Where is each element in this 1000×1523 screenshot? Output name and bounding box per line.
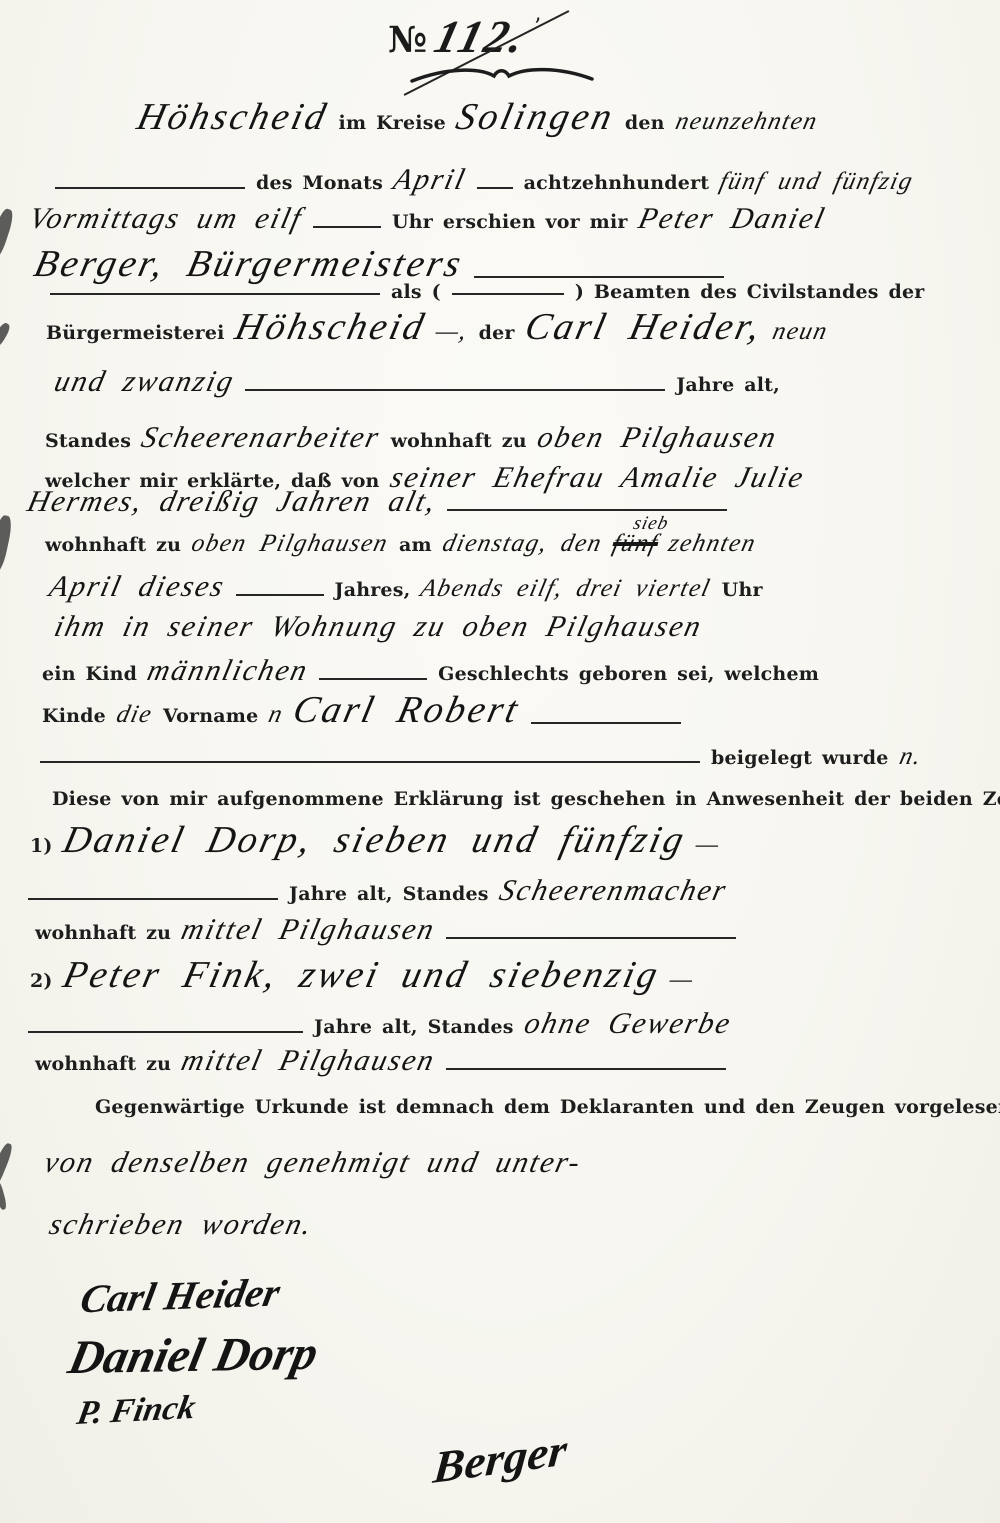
printed-form-text: ) Beamten des Civilstandes der xyxy=(575,281,925,303)
numero-symbol: № xyxy=(388,19,428,61)
printed-form-text: Jahre alt, xyxy=(676,374,780,396)
fill-in-line xyxy=(477,187,513,189)
ink-smudge xyxy=(0,1179,8,1210)
printed-form-text: Uhr xyxy=(722,579,763,601)
document-line: KindedieVornamenCarl Robert xyxy=(42,688,681,732)
handwritten-entry: mittel Pilghausen xyxy=(178,1044,439,1078)
handwritten-entry: Carl Robert xyxy=(289,688,525,732)
signature-p-finck: P. Finck xyxy=(74,1389,199,1433)
signature-carl-heider: Carl Heider xyxy=(77,1269,284,1323)
handwritten-entry: Peter Daniel xyxy=(635,202,829,236)
document-line: von denselben genehmigt und unter- xyxy=(45,1146,581,1180)
fill-in-line xyxy=(245,389,665,391)
document-line: wohnhaft zumittel Pilghausen xyxy=(35,1044,726,1078)
printed-form-text: Jahre alt, Standes xyxy=(289,883,489,905)
printed-form-text: wohnhaft zu xyxy=(35,1053,171,1075)
handwritten-entry: schrieben worden. xyxy=(46,1208,316,1242)
handwritten-entry: von denselben genehmigt und unter- xyxy=(41,1146,585,1180)
printed-form-text: Vorname xyxy=(163,705,258,727)
signature-berger: Berger xyxy=(431,1423,569,1494)
handwritten-entry: — xyxy=(693,831,723,859)
printed-form-text: achtzehnhundert xyxy=(524,172,710,194)
printed-form-text: beigelegt wurde xyxy=(711,747,889,769)
flourish-underline xyxy=(408,64,598,86)
printed-form-text: wohnhaft zu xyxy=(35,922,171,944)
handwritten-entry: Solingen xyxy=(452,95,619,139)
fill-in-line xyxy=(40,761,700,763)
printed-form-text: wohnhaft zu xyxy=(391,430,527,452)
handwritten-entry: Scheerenarbeiter xyxy=(138,421,383,455)
printed-form-text: Diese von mir aufgenommene Erklärung ist… xyxy=(52,788,1000,810)
fill-in-line xyxy=(531,722,681,724)
document-line: Vormittags um eilfUhr erschien vor mirPe… xyxy=(30,202,825,236)
printed-form-text: Kinde xyxy=(42,705,106,727)
handwritten-entry: männlichen xyxy=(144,654,312,688)
handwritten-entry: Carl Heider, xyxy=(520,305,766,349)
printed-form-text: im Kreise xyxy=(339,112,446,134)
document-line: 1)Daniel Dorp, sieben und fünfzig— xyxy=(30,818,720,862)
printed-form-text: 1) xyxy=(30,835,53,857)
fill-in-line xyxy=(236,594,324,596)
printed-form-text: der xyxy=(479,322,515,344)
printed-form-text: Geschlechts geboren sei, welchem xyxy=(438,663,819,685)
document-line: ihm in seiner Wohnung zu oben Pilghausen xyxy=(55,610,702,644)
printed-form-text: als ( xyxy=(391,281,441,303)
fill-in-line xyxy=(447,509,727,511)
handwritten-entry: Berger, Bürgermeisters xyxy=(30,242,468,286)
correction-text: sieb xyxy=(631,513,671,535)
ink-smudge xyxy=(0,321,12,349)
handwritten-entry: mittel Pilghausen xyxy=(178,913,439,947)
handwritten-entry: Peter Fink, zwei und siebenzig xyxy=(59,953,665,997)
document-line: und zwanzigJahre alt, xyxy=(55,365,780,399)
printed-form-text: ein Kind xyxy=(42,663,137,685)
handwritten-entry: Höhscheid xyxy=(133,95,333,139)
handwritten-entry: n xyxy=(266,701,286,729)
scanned-birth-record-page: № 112. ’ Höhscheidim KreiseSolingendenne… xyxy=(0,0,1000,1523)
handwritten-entry: n. xyxy=(896,743,924,771)
printed-form-text: wohnhaft zu xyxy=(45,534,181,556)
document-line: als () Beamten des Civilstandes der xyxy=(50,281,924,303)
handwritten-entry: Daniel Dorp, sieben und fünfzig xyxy=(59,818,691,862)
printed-form-text: Standes xyxy=(45,430,131,452)
handwritten-entry: fünf und fünfzig xyxy=(717,168,916,196)
handwritten-entry: dienstag, den xyxy=(440,530,605,558)
printed-form-text: Bürgermeisterei xyxy=(46,322,225,344)
document-line: wohnhaft zumittel Pilghausen xyxy=(35,913,736,947)
fill-in-line xyxy=(446,937,736,939)
handwritten-entry: oben Pilghausen xyxy=(189,530,391,558)
record-number-header: № 112. ’ xyxy=(388,10,541,63)
document-line: Höhscheidim KreiseSolingendenneunzehnten xyxy=(138,95,817,139)
fill-in-line xyxy=(55,187,245,189)
handwritten-entry: neunzehnten xyxy=(672,108,820,136)
printed-form-text: am xyxy=(399,534,432,556)
handwritten-entry: Höhscheid xyxy=(230,305,430,349)
signature-daniel-dorp: Daniel Dorp xyxy=(64,1326,323,1385)
printed-form-text: 2) xyxy=(30,970,53,992)
printed-form-text: Uhr erschien vor mir xyxy=(392,211,628,233)
document-line: BürgermeistereiHöhscheid—,derCarl Heider… xyxy=(46,305,827,349)
fill-in-line xyxy=(50,293,380,295)
handwritten-entry: April xyxy=(390,163,470,197)
handwritten-entry: ihm in seiner Wohnung zu oben Pilghausen xyxy=(51,610,706,644)
handwritten-entry: Hermes, dreißig Jahren alt, xyxy=(24,485,440,519)
document-line: 2)Peter Fink, zwei und siebenzig— xyxy=(30,953,694,997)
handwritten-entry: April dieses xyxy=(46,570,228,604)
handwritten-entry: die xyxy=(114,701,156,729)
handwritten-entry: Scheerenmacher xyxy=(496,874,731,908)
printed-form-text: den xyxy=(625,112,665,134)
document-line: beigelegt wurden. xyxy=(40,743,921,771)
printed-form-text: Gegenwärtige Urkunde ist demnach dem Dek… xyxy=(95,1096,1000,1118)
corrected-entry: siebfünf xyxy=(609,530,660,558)
fill-in-line xyxy=(446,1068,726,1070)
document-line: Berger, Bürgermeisters xyxy=(35,242,724,286)
document-line: des MonatsAprilachtzehnhundertfünf und f… xyxy=(55,163,913,197)
document-line: Hermes, dreißig Jahren alt, xyxy=(28,485,727,519)
printed-form-text: Jahre alt, Standes xyxy=(314,1016,514,1038)
printed-form-text: Jahres, xyxy=(335,579,411,601)
handwritten-entry: oben Pilghausen xyxy=(534,421,781,455)
handwritten-entry: Vormittags um eilf xyxy=(26,202,306,236)
handwritten-entry: — xyxy=(667,966,697,994)
handwritten-entry: und zwanzig xyxy=(51,365,238,399)
handwritten-entry: ohne Gewerbe xyxy=(521,1007,735,1041)
fill-in-line xyxy=(474,276,724,278)
fill-in-line xyxy=(28,1031,303,1033)
ink-smudge xyxy=(0,514,14,574)
handwritten-entry: neun xyxy=(769,318,830,346)
document-line: ein KindmännlichenGeschlechts geboren se… xyxy=(42,654,819,688)
document-line: Jahre alt, Standesohne Gewerbe xyxy=(28,1007,731,1041)
document-line: schrieben worden. xyxy=(50,1208,313,1242)
handwritten-entry: Abends eilf, drei viertel xyxy=(418,575,714,603)
fill-in-line xyxy=(452,293,564,295)
ink-smudge xyxy=(0,207,16,261)
document-line: Jahre alt, StandesScheerenmacher xyxy=(28,874,726,908)
document-line: Diese von mir aufgenommene Erklärung ist… xyxy=(52,788,1000,810)
fill-in-line xyxy=(28,898,278,900)
document-line: Gegenwärtige Urkunde ist demnach dem Dek… xyxy=(95,1096,1000,1118)
document-line: StandesScheerenarbeiterwohnhaft zuoben P… xyxy=(45,421,777,455)
fill-in-line xyxy=(319,678,427,680)
document-line: April diesesJahres,Abends eilf, drei vie… xyxy=(50,570,763,604)
handwritten-entry: zehnten xyxy=(665,530,758,558)
document-line: wohnhaft zuoben Pilghausenamdienstag, de… xyxy=(45,530,755,558)
ink-smudge xyxy=(0,1142,15,1191)
handwritten-entry: —, xyxy=(433,318,471,346)
fill-in-line xyxy=(313,226,381,228)
printed-form-text: des Monats xyxy=(256,172,383,194)
